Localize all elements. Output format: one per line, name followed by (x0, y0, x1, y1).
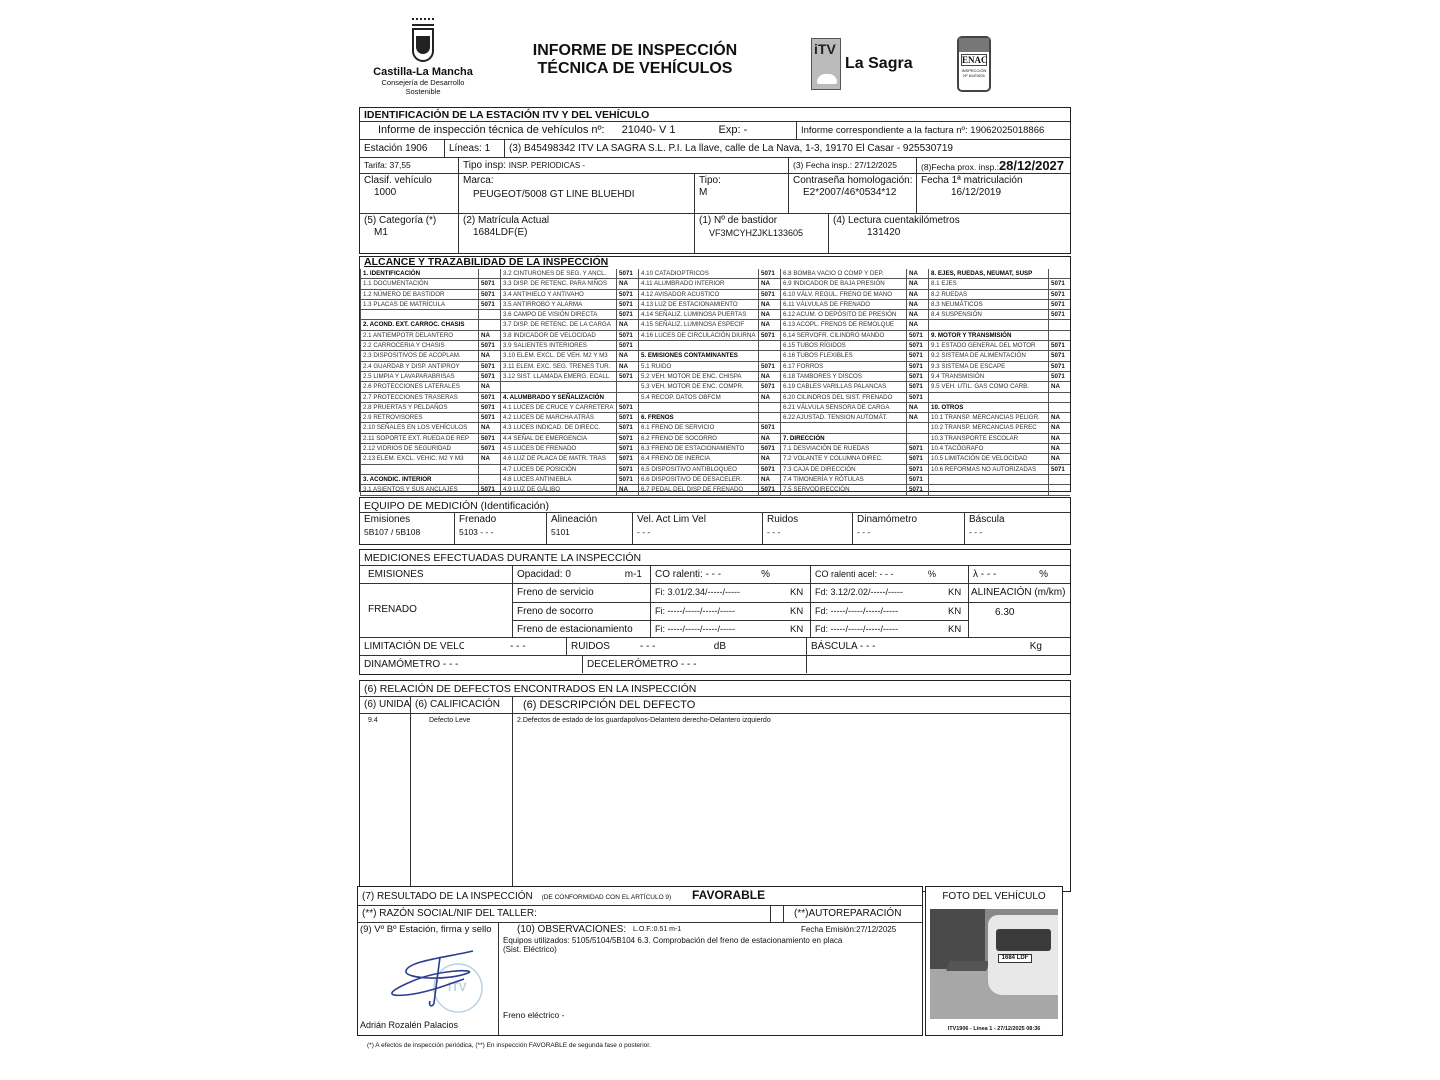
scope-item-name: 7.3 CAJA DE DIRECCIÓN (780, 465, 906, 474)
scope-item: 2.7 PROTECCIONES TRASERAS5071 (360, 393, 500, 403)
braking-label: FRENADO (360, 584, 512, 637)
scope-item-name: 7.2 VOLANTE Y COLUMNA DIREC. (780, 454, 906, 463)
scope-item: 4.15 SEÑALIZ. LUMINOSA ESPECIFNA (638, 320, 780, 330)
scope-item-code: 5071 (616, 434, 638, 443)
equipment-item: Alineación5101 (546, 513, 632, 544)
scope-item-name: 4.11 ALUMBRADO INTERIOR (638, 279, 758, 288)
scope-item-code: NA (758, 475, 780, 484)
scope-item-name: 1.3 PLACAS DE MATRÍCULA (360, 300, 478, 309)
kn-unit: KN (786, 603, 810, 620)
scope-item-code: NA (758, 454, 780, 463)
scope-item-code: 5071 (1048, 351, 1070, 360)
scope-item-code: 5071 (906, 465, 928, 474)
scope-item-name: 6. FRENOS (638, 413, 758, 422)
scope-item: 6. FRENOS (638, 413, 780, 423)
scope-column: 4.10 CATADIOPTRICOS50714.11 ALUMBRADO IN… (638, 269, 780, 496)
scope-item (780, 423, 928, 433)
scope-item (500, 382, 638, 392)
scope-item-name (928, 320, 1048, 329)
scope-item-name: 2.7 PROTECCIONES TRASERAS (360, 393, 478, 402)
scope-item: 6.22 AJUSTAD. TENSION AUTOMÁT.NA (780, 413, 928, 423)
brake-fd: Fd: 3.12/2.02/-----/----- (810, 584, 944, 602)
scope-item: 10.1 TRANSP. MERCANCIAS PELIGR.NA (928, 413, 1070, 423)
equipment-label: Ruidos (767, 514, 848, 526)
scope-item-code (478, 465, 500, 474)
scope-item-code: 5071 (758, 269, 780, 278)
brake-name: Freno de socorro (512, 603, 650, 620)
category-label: (5) Categoría (*) (364, 215, 454, 227)
scope-item: 2.10 SEÑALES EN LOS VEHÍCULOSNA (360, 423, 500, 433)
scope-item-code (1048, 475, 1070, 484)
odometer-label: (4) Lectura cuentakilómetros (833, 215, 1066, 227)
scope-item-name: 4. ALUMBRADO Y SEÑALIZACIÓN (500, 393, 616, 402)
scope-item: 6.6 DISPOSITIVO DE DESACELER.NA (638, 475, 780, 485)
shield-icon (412, 28, 434, 62)
selfrepair-label: (**)AUTOREPARACIÓN (790, 906, 922, 922)
scope-item: 3.5 ANTIRROBO Y ALARMA5071 (500, 300, 638, 310)
emissions-label: EMISIONES (360, 566, 512, 583)
scope-item-code: NA (1048, 413, 1070, 422)
equipment-label: Vel. Act Lim Vel (637, 514, 758, 526)
scope-item-name: 6.9 INDICADOR DE BAJA PRESIÓN (780, 279, 906, 288)
itv-brand: La Sagra (845, 55, 913, 73)
alignment-value: 6.30 (968, 602, 1070, 637)
scope-item-code: 5071 (906, 485, 928, 494)
itv-la-sagra-logo: iTV La Sagra (811, 38, 913, 90)
scope-item: 8.2 RUEDAS5071 (928, 290, 1070, 300)
scope-item-code (478, 310, 500, 319)
invoice-label: Informe correspondiente a la factura nº: (801, 125, 968, 136)
equipment-row: Emisiones5B107 / 5B108Frenado5103 - - -A… (360, 512, 1070, 544)
scope-item-name (638, 403, 758, 412)
equipment-label: Alineación (551, 514, 628, 526)
itv-box-text: iTV (814, 41, 836, 57)
scope-item: 6.4 FRENO DE INERCIANA (638, 454, 780, 464)
signature-icon: iTV (378, 943, 488, 1013)
scope-item-name: 8.1 EJES (928, 279, 1048, 288)
scope-item-code: 5071 (906, 382, 928, 391)
scope-item-name: 2.10 SEÑALES EN LOS VEHÍCULOS (360, 423, 478, 432)
first-reg-label: Fecha 1ª matriculación (921, 175, 1066, 187)
result-label: (7) RESULTADO DE LA INSPECCIÓN (362, 891, 533, 902)
scope-item-name: 7.1 DESVIACIÓN DE RUEDAS (780, 444, 906, 453)
scope-item-name (638, 341, 758, 350)
scope-item-code: 5071 (1048, 300, 1070, 309)
scope-item-name: 2. ACOND. EXT. CARROC. CHASIS (360, 320, 478, 329)
scope-item-name: 3. ACONDIC. INTERIOR (360, 475, 478, 484)
equipment-value: - - - (857, 526, 960, 538)
photo-caption: ITV1906 - Línea 1 - 27/12/2025 08:36 (926, 1026, 1062, 1032)
scope-item-name: 4.6 LUZ DE PLACA DE MATR. TRAS (500, 454, 616, 463)
brake-row: Freno de estacionamientoFi: -----/-----/… (512, 620, 968, 638)
scope-item: 3.1 ASIENTOS Y SUS ANCLAJES5071 (360, 485, 500, 495)
scope-item: 6.21 VÁLVULA SENSORA DE CARGANA (780, 403, 928, 413)
scope-column: 3.2 CINTURONES DE SEG. Y ANCL.50713.3 DI… (500, 269, 638, 496)
equipment-value: - - - (969, 526, 1068, 538)
scope-item-code (616, 393, 638, 402)
scope-item-name (928, 475, 1048, 484)
title-line2: TÉCNICA DE VEHÍCULOS (525, 60, 745, 78)
scope-item-code (758, 413, 780, 422)
observations-text1: Equipos utilizados: 5105/5104/5B104 6.3.… (503, 936, 918, 945)
scope-item-code (758, 403, 780, 412)
scope-item-code: 5071 (478, 485, 500, 494)
scope-item-code: NA (758, 372, 780, 381)
scope-item (928, 475, 1070, 485)
kn-unit: KN (786, 621, 810, 638)
scope-item-code: NA (758, 434, 780, 443)
scope-item-name: 4.5 LUCES DE FRENADO (500, 444, 616, 453)
scope-item-name: 5.3 VEH. MOTOR DE ENC. COMPR. (638, 382, 758, 391)
scope-item-code: NA (616, 362, 638, 371)
scope-item-code: 5071 (1048, 310, 1070, 319)
scope-item (928, 393, 1070, 403)
scope-item: 4.10 CATADIOPTRICOS5071 (638, 269, 780, 279)
equipment-item: Dinamómetro- - - (852, 513, 964, 544)
equipment-value: - - - (637, 526, 758, 538)
scope-item: 4.9 LUZ DE GÁLIBONA (500, 485, 638, 495)
col-unit: (6) UNIDAD (360, 697, 410, 713)
scope-item: 6.13 ACOPL. FRENOS DE REMOLQUENA (780, 320, 928, 330)
scope-item: 7. DIRECCIÓN (780, 434, 928, 444)
kn-unit: KN (944, 584, 968, 602)
scope-item-name: 4.4 SEÑAL DE EMERGENCIA (500, 434, 616, 443)
equipment-value: 5B107 / 5B108 (364, 526, 450, 538)
scope-item-code: 5071 (906, 475, 928, 484)
type-value: M (699, 187, 784, 199)
enac-sub: INSPECCIÓN Nº 61/EI005 (959, 68, 989, 78)
scope-item: 3.11 ELEM. EXC. SEG. TRENES TUR.NA (500, 362, 638, 372)
identification-section: IDENTIFICACIÓN DE LA ESTACIÓN ITV Y DEL … (359, 107, 1071, 254)
scope-item: 3.9 SALIENTES INTERIORES5071 (500, 341, 638, 351)
scope-item-name: 6.14 SERVOFR. CILINDRO MANDO (780, 331, 906, 340)
region-sub2: Sostenible (373, 87, 473, 96)
scope-item-name: 4.13 LUZ DE ESTACIONAMIENTO (638, 300, 758, 309)
scope-item: 9.5 VEH. UTIL. GAS COMO CARB.NA (928, 382, 1070, 392)
scope-item-code: 5071 (758, 423, 780, 432)
selfrepair-checkbox[interactable] (770, 906, 784, 922)
scope-item-code: 5071 (478, 444, 500, 453)
scope-item-code: 5071 (616, 413, 638, 422)
report-header: Castilla-La Mancha Consejería de Desarro… (355, 12, 1075, 104)
equipment-item: Ruidos- - - (762, 513, 852, 544)
scope-item-code: 5071 (616, 465, 638, 474)
brake-fi: Fi: -----/-----/-----/----- (650, 603, 786, 620)
equipment-item: Báscula- - - (964, 513, 1072, 544)
scope-item-code: NA (758, 320, 780, 329)
scope-item: 10.5 LIMITACIÓN DE VELOCIDADNA (928, 454, 1070, 464)
scope-item-name: 10.1 TRANSP. MERCANCIAS PELIGR. (928, 413, 1048, 422)
scope-item: 10. OTROS (928, 403, 1070, 413)
scope-item: 6.14 SERVOFR. CILINDRO MANDO5071 (780, 331, 928, 341)
region-sub1: Consejería de Desarrollo (373, 78, 473, 87)
scope-item-name (928, 485, 1048, 494)
scope-item: 4.1 LUCES DE CRUCE Y CARRETERA5071 (500, 403, 638, 413)
scope-item-code (1048, 393, 1070, 402)
scope-item-code: 5071 (1048, 465, 1070, 474)
opacity-value: Opacidad: 0 (517, 569, 571, 580)
scope-item-name (360, 310, 478, 319)
scope-item-code: NA (906, 403, 928, 412)
scope-item-code: 5071 (1048, 372, 1070, 381)
scope-item: 2.13 ELEM. EXCL. VEHIC. M2 Y M3NA (360, 454, 500, 464)
scope-item-name (780, 423, 906, 432)
scope-item: 2.3 DISPOSITIVOS DE ACOPLAM.NA (360, 351, 500, 361)
scope-item-name: 4.16 LUCES DE CIRCULACIÓN DIURNA (638, 331, 758, 340)
scope-item-code: 5071 (478, 362, 500, 371)
scope-item-code: 5071 (758, 362, 780, 371)
plate-label: (2) Matrícula Actual (463, 215, 690, 227)
scope-item-name: 4.9 LUZ DE GÁLIBO (500, 485, 616, 494)
brake-fd: Fd: -----/-----/-----/----- (810, 603, 944, 620)
defect-rating: Defecto Leve (410, 714, 512, 891)
odometer-value: 131420 (833, 227, 1066, 239)
scope-item-code: 5071 (616, 310, 638, 319)
scope-item: 6.15 TUBOS RÍGIDOS5071 (780, 341, 928, 351)
scope-item-name: 5.4 RECOP. DATOS OBFCM (638, 393, 758, 402)
scope-item-code: NA (478, 351, 500, 360)
scope-item-name: 6.20 CILINDROS DEL SIST. FRENADO (780, 393, 906, 402)
scope-item (638, 403, 780, 413)
observations-text3: Freno eléctrico - (503, 1009, 564, 1021)
scope-item-code: NA (616, 320, 638, 329)
equipment-item: Emisiones5B107 / 5B108 (360, 513, 454, 544)
scope-item: 4.6 LUZ DE PLACA DE MATR. TRAS5071 (500, 454, 638, 464)
scope-item-code (1048, 269, 1070, 278)
scope-item-name: 6.17 FORROS (780, 362, 906, 371)
scope-item-name: 6.2 FRENO DE SOCORRO (638, 434, 758, 443)
scope-item-code: 5071 (616, 372, 638, 381)
signer-name: Adrián Rozalén Palacios (360, 1019, 458, 1031)
speed-limit-value: - - - (464, 638, 566, 655)
castilla-la-mancha-logo: Castilla-La Mancha Consejería de Desarro… (373, 18, 473, 96)
scope-item-name: 3.7 DISP. DE RETENC. DE LA CARGA (500, 320, 616, 329)
scope-item-code (758, 351, 780, 360)
equipment-section: EQUIPO DE MEDICIÓN (Identificación) Emis… (359, 497, 1071, 545)
equipment-value: - - - (767, 526, 848, 538)
scope-item-name: 4.2 LUCES DE MARCHA ATRÁS (500, 413, 616, 422)
scope-item: 3. ACONDIC. INTERIOR (360, 475, 500, 485)
noise-value: - - - (640, 641, 656, 652)
scope-item: 4.3 LUCES INDICAD. DE DIRECC.5071 (500, 423, 638, 433)
scope-item-code: NA (1048, 434, 1070, 443)
scope-item-code: 5071 (616, 331, 638, 340)
scope-item-code (616, 382, 638, 391)
crown-icon (412, 18, 434, 26)
scope-item: 3.8 INDICADOR DE VELOCIDAD5071 (500, 331, 638, 341)
scope-item-code: 5071 (616, 341, 638, 350)
scope-item-name: 5. EMISIONES CONTAMINANTES (638, 351, 758, 360)
scope-item-name: 6.15 TUBOS RÍGIDOS (780, 341, 906, 350)
scope-item-name: 3.6 CAMPO DE VISIÓN DIRECTA (500, 310, 616, 319)
scope-item-code: 5071 (906, 362, 928, 371)
equipment-label: Frenado (459, 514, 542, 526)
tariff: Tarifa: 37,55 (360, 158, 458, 173)
defect-description: 2.Defectos de estado de los guardapolvos… (512, 714, 1070, 891)
type-label: Tipo: (699, 175, 784, 187)
scope-item: 10.3 TRANSPORTE ESCOLARNA (928, 434, 1070, 444)
scope-item-name: 1.2 NÚMERO DE BASTIDOR (360, 290, 478, 299)
scope-item-code (478, 269, 500, 278)
co-accel-unit: % (928, 567, 936, 582)
scope-item-name: 7.4 TIMONERÍA Y RÓTULAS (780, 475, 906, 484)
dynamometer-value: DINAMÓMETRO - - - (360, 656, 582, 673)
scope-item-name: 3.5 ANTIRROBO Y ALARMA (500, 300, 616, 309)
scope-item-code (1048, 331, 1070, 340)
scope-item: 6.20 CILINDROS DEL SIST. FRENADO5071 (780, 393, 928, 403)
scope-item-name: 9.3 SISTEMA DE ESCAPE (928, 362, 1048, 371)
scope-item-name: 10.5 LIMITACIÓN DE VELOCIDAD (928, 454, 1048, 463)
scope-item-code: NA (758, 310, 780, 319)
scope-item-name: 10.3 TRANSPORTE ESCOLAR (928, 434, 1048, 443)
scope-item-code (478, 320, 500, 329)
col-description: (6) DESCRIPCIÓN DEL DEFECTO (512, 697, 1070, 713)
brand-label: Marca: (463, 175, 690, 187)
scope-item-code: NA (1048, 454, 1070, 463)
scope-item: 7.1 DESVIACIÓN DE RUEDAS5071 (780, 444, 928, 454)
kn-unit: KN (944, 621, 968, 638)
alignment-label: ALINEACIÓN (m/km) (968, 584, 1070, 602)
scope-item-code: 5071 (616, 300, 638, 309)
scope-item-name: 10.2 TRANSP. MERCANCIAS PEREC (928, 423, 1048, 432)
defect-unit: 9.4 (360, 714, 410, 891)
scope-item: 7.3 CAJA DE DIRECCIÓN5071 (780, 465, 928, 475)
scope-item-name: 3.2 CINTURONES DE SEG. Y ANCL. (500, 269, 616, 278)
scope-item-code: NA (478, 382, 500, 391)
scope-item: 4.12 AVISADOR ACUSTICO5071 (638, 290, 780, 300)
scope-item-code (478, 475, 500, 484)
scope-item: 6.18 TAMBORES Y DISCOS5071 (780, 372, 928, 382)
scope-item-code: NA (906, 310, 928, 319)
scope-item-name: 8.2 RUEDAS (928, 290, 1048, 299)
station-number: 1906 (405, 143, 427, 154)
scope-item: 4.16 LUCES DE CIRCULACIÓN DIURNA5071 (638, 331, 780, 341)
scope-item-name: 6.3 FRENO DE ESTACIONAMIENTO (638, 444, 758, 453)
scope-item: 2.6 PROTECCIONES LATERALESNA (360, 382, 500, 392)
equipment-item: Frenado5103 - - - (454, 513, 546, 544)
scope-item-code: 5071 (478, 413, 500, 422)
scope-item: 5. EMISIONES CONTAMINANTES (638, 351, 780, 361)
kn-unit: KN (944, 603, 968, 620)
scope-item: 9.4 TRANSMISIÓN5071 (928, 372, 1070, 382)
scope-item-code: 5071 (1048, 341, 1070, 350)
scale-unit: Kg (1030, 639, 1042, 654)
title-line1: INFORME DE INSPECCIÓN (525, 42, 745, 60)
footnote: (*) A efectos de inspección periódica, (… (367, 1042, 651, 1049)
scope-item-name: 7. DIRECCIÓN (780, 434, 906, 443)
region-name: Castilla-La Mancha (373, 66, 473, 78)
equipment-label: Emisiones (364, 514, 450, 526)
scope-column: 6.8 BOMBA VACIO O COMP Y DEP.NA6.9 INDIC… (780, 269, 928, 496)
first-reg-value: 16/12/2019 (921, 187, 1066, 199)
scope-item: 3.12 SIST. LLAMADA EMERG. ECALL5071 (500, 372, 638, 382)
scope-item: 6.11 VÁLVULAS DE FRENADONA (780, 300, 928, 310)
scope-item-code: NA (906, 279, 928, 288)
scope-item (928, 320, 1070, 330)
exp-label: Exp: - (719, 124, 748, 136)
scope-item: 6.12 ACUM. O DEPÓSITO DE PRESIÓNNA (780, 310, 928, 320)
scope-item-name: 6.13 ACOPL. FRENOS DE REMOLQUE (780, 320, 906, 329)
scope-item-name: 2.6 PROTECCIONES LATERALES (360, 382, 478, 391)
scope-item-code: NA (906, 413, 928, 422)
scope-item: 2.5 LIMPIA Y LAVAPARABRISAS5071 (360, 372, 500, 382)
scale-value: BÁSCULA - - - (811, 641, 875, 652)
enac-text: ENAC (961, 54, 987, 66)
equipment-label: Dinamómetro (857, 514, 960, 526)
scope-item-code: 5071 (1048, 290, 1070, 299)
scope-item: 4.11 ALUMBRADO INTERIORNA (638, 279, 780, 289)
scope-item-name: 7.5 SERVODIRECCIÓN (780, 485, 906, 494)
scope-item-code (1048, 485, 1070, 494)
speed-limit-label: LIMITACIÓN DE VELOCIDAD (360, 638, 464, 655)
scope-item-code: 5071 (758, 465, 780, 474)
scope-item: 9.2 SISTEMA DE ALIMENTACIÓN5071 (928, 351, 1070, 361)
scope-item-code: NA (1048, 444, 1070, 453)
scope-item-name: 6.19 CABLES VARILLAS PALANCAS (780, 382, 906, 391)
homolog-value: E2*2007/46*0534*12 (793, 187, 912, 199)
lambda-value: λ - - - (973, 569, 996, 580)
scope-item-code: 5071 (616, 423, 638, 432)
scope-item-code: 5071 (906, 372, 928, 381)
brake-fd: Fd: -----/-----/-----/----- (810, 621, 944, 638)
station-label: Estación (364, 143, 402, 154)
scope-item: 1.3 PLACAS DE MATRÍCULA5071 (360, 300, 500, 310)
scope-item-code: 5071 (478, 290, 500, 299)
scope-item: 2.4 GUARDAB Y DISP. ANTIPROY5071 (360, 362, 500, 372)
scope-item-name: 4.3 LUCES INDICAD. DE DIRECC. (500, 423, 616, 432)
photo-label: FOTO DEL VEHÍCULO (926, 891, 1062, 902)
category-value: M1 (364, 227, 454, 239)
scope-item-name: 6.8 BOMBA VACIO O COMP Y DEP. (780, 269, 906, 278)
report-number-label: Informe de inspección técnica de vehícul… (378, 124, 605, 136)
scope-item-name: 4.12 AVISADOR ACUSTICO (638, 290, 758, 299)
observations-label: (10) OBSERVACIONES: (517, 924, 626, 936)
scope-item (638, 341, 780, 351)
brake-fi: Fi: 3.01/2.34/-----/----- (650, 584, 786, 602)
scope-item: 5.4 RECOP. DATOS OBFCMNA (638, 393, 780, 403)
scope-item-code: 5071 (1048, 279, 1070, 288)
scope-item: 4.4 SEÑAL DE EMERGENCIA5071 (500, 434, 638, 444)
scope-item-code: 5071 (616, 454, 638, 463)
scope-item-name: 1. IDENTIFICACIÓN (360, 269, 478, 278)
brake-fi: Fi: -----/-----/-----/----- (650, 621, 786, 638)
equipment-item: Vel. Act Lim Vel- - - (632, 513, 762, 544)
scope-item-code: 5071 (1048, 362, 1070, 371)
scope-item: 3.6 CAMPO DE VISIÓN DIRECTA5071 (500, 310, 638, 320)
invoice-number: 19062025018866 (970, 125, 1044, 136)
scope-item-code: 5071 (906, 454, 928, 463)
scope-item-name: 6.11 VÁLVULAS DE FRENADO (780, 300, 906, 309)
scope-item-code: NA (1048, 423, 1070, 432)
scope-item-code (1048, 320, 1070, 329)
scope-item-code: 5071 (758, 331, 780, 340)
scope-item-name: 3.1 ASIENTOS Y SUS ANCLAJES (360, 485, 478, 494)
scope-item: 2.11 SOPORTE EXT. RUEDA DE REP5071 (360, 434, 500, 444)
scope-item-code: NA (478, 423, 500, 432)
scope-item-name: 2.1 ANTIEMPOTR DELANTERO (360, 331, 478, 340)
co-idle-unit: % (761, 567, 770, 582)
brand-value: PEUGEOT/5008 GT LINE BLUEHDI (463, 189, 690, 201)
defects-section: (6) RELACIÓN DE DEFECTOS ENCONTRADOS EN … (359, 680, 1071, 892)
equipment-label: Báscula (969, 514, 1068, 526)
scope-item-code: NA (906, 320, 928, 329)
scope-item-code: NA (758, 300, 780, 309)
scope-item: 10.6 REFORMAS NO AUTORIZADAS5071 (928, 465, 1070, 475)
scope-item-code: NA (616, 351, 638, 360)
scope-item: 9.3 SISTEMA DE ESCAPE5071 (928, 362, 1070, 372)
kn-unit: KN (786, 584, 810, 602)
scope-item-name: 3.11 ELEM. EXC. SEG. TRENES TUR. (500, 362, 616, 371)
